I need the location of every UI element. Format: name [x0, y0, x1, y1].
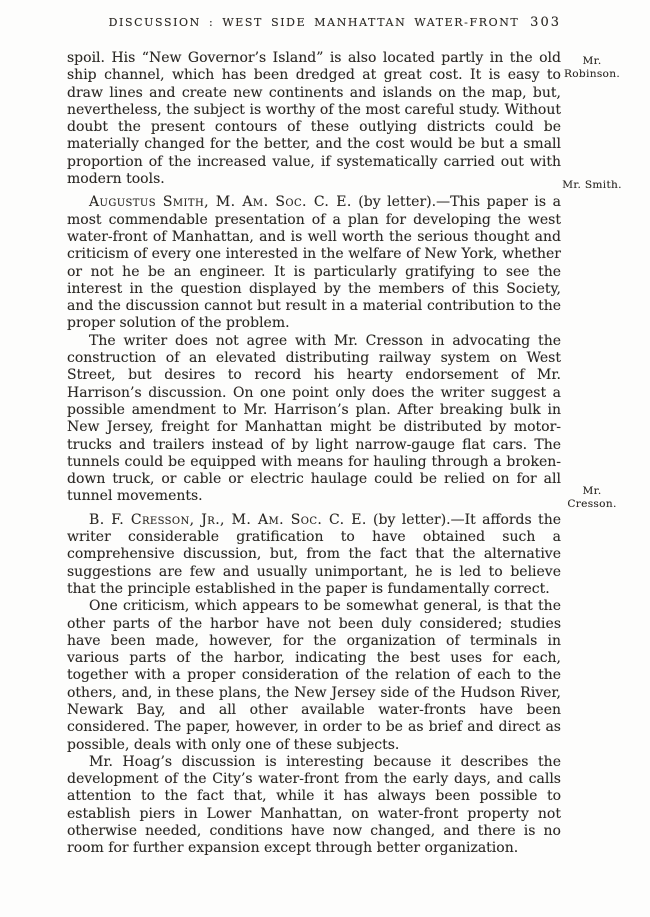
text-column: spoil. His “New Governor’s Island” is al…	[67, 50, 561, 858]
margin-note-robinson: Mr. Robinson.	[561, 55, 623, 81]
paragraph-text: One criticism, which appears to be somew…	[67, 598, 561, 752]
paragraph-cresson-letter: B. F. Cresson, Jr., M. Am. Soc. C. E. (b…	[67, 512, 561, 598]
paragraph-smith-letter: Augustus Smith, M. Am. Soc. C. E. (by le…	[67, 194, 561, 332]
running-head: DISCUSSION : WEST SIDE MANHATTAN WATER-F…	[67, 16, 561, 29]
margin-note-smith: Mr. Smith.	[561, 179, 623, 192]
speaker-name: Augustus Smith, M. Am. Soc. C. E.	[89, 194, 352, 210]
paragraph-text: Mr. Hoag’s discussion is interesting bec…	[67, 754, 561, 856]
page-header-title: DISCUSSION : WEST SIDE MANHATTAN WATER-F…	[109, 16, 520, 29]
speaker-name: B. F. Cresson, Jr., M. Am. Soc. C. E.	[89, 512, 367, 528]
document-page: DISCUSSION : WEST SIDE MANHATTAN WATER-F…	[0, 0, 650, 917]
page-number: 303	[530, 15, 561, 30]
paragraph-hoag-discussion: Mr. Hoag’s discussion is interesting bec…	[67, 754, 561, 858]
margin-note-cresson: Mr. Cresson.	[561, 485, 623, 511]
paragraph-cresson-criticism: One criticism, which appears to be somew…	[67, 598, 561, 754]
paragraph-robinson-continuation: spoil. His “New Governor’s Island” is al…	[67, 50, 561, 188]
paragraph-smith-amendment: The writer does not agree with Mr. Cress…	[67, 333, 561, 506]
paragraph-text: (by letter).—This paper is a most commen…	[67, 194, 561, 331]
paragraph-text: The writer does not agree with Mr. Cress…	[67, 333, 561, 505]
paragraph-text: spoil. His “New Governor’s Island” is al…	[67, 50, 561, 187]
